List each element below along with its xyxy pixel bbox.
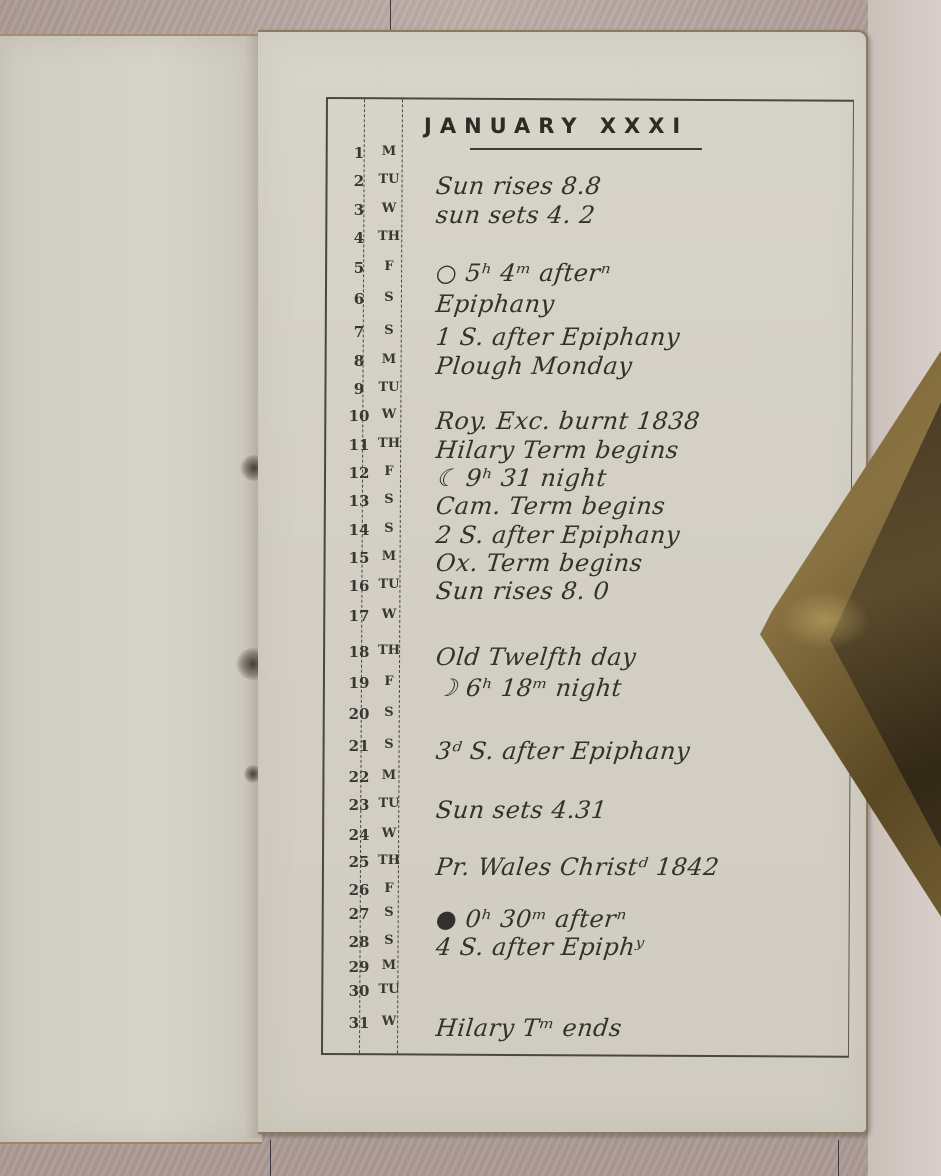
day-number: 19 — [346, 674, 372, 692]
day-number: 14 — [346, 521, 372, 539]
day-number: 29 — [346, 958, 372, 976]
calendar-day-row: 22M — [330, 768, 800, 796]
weekday-abbr: M — [374, 958, 404, 973]
day-note: Sun rises 8.8 — [435, 172, 603, 200]
calendar-day-row: 2TUSun rises 8.8 — [330, 172, 800, 200]
calendar-day-row: 31WHilary Tᵐ ends — [330, 1014, 800, 1042]
calendar-day-row: 11THHilary Term begins — [330, 436, 800, 464]
calendar-day-row: 19F☽ 6ʰ 18ᵐ night — [330, 674, 800, 702]
day-number: 28 — [346, 933, 372, 951]
day-note: Plough Monday — [435, 352, 634, 380]
calendar-day-row: 6SEpiphany — [330, 290, 800, 318]
day-number: 26 — [346, 881, 372, 899]
weekday-abbr: W — [374, 201, 404, 216]
weekday-abbr: S — [374, 705, 404, 720]
day-note: ☽ 6ʰ 18ᵐ night — [435, 674, 624, 702]
day-number: 16 — [346, 577, 372, 595]
day-number: 11 — [346, 436, 372, 454]
weekday-abbr: S — [374, 905, 404, 920]
weekday-abbr: TH — [374, 853, 404, 868]
calendar-day-row: 24W — [330, 826, 800, 854]
day-note: Cam. Term begins — [435, 492, 667, 520]
weekday-abbr: M — [374, 768, 404, 783]
day-note: Old Twelfth day — [435, 643, 638, 671]
day-number: 1 — [346, 144, 372, 162]
day-number: 30 — [346, 982, 372, 1000]
calendar-day-row: 9TU — [330, 380, 800, 408]
calendar-day-row: 5F○ 5ʰ 4ᵐ afterⁿ — [330, 259, 800, 287]
day-number: 22 — [346, 768, 372, 786]
day-number: 27 — [346, 905, 372, 923]
calendar-day-row: 1M — [330, 144, 800, 172]
day-note: Sun sets 4.31 — [435, 796, 609, 824]
weekday-abbr: M — [374, 549, 404, 564]
weekday-abbr: TH — [374, 436, 404, 451]
day-note: 2 S. after Epiphany — [435, 521, 682, 549]
day-number: 24 — [346, 826, 372, 844]
backdrop-crack — [390, 0, 391, 30]
calendar-day-row: 3Wsun sets 4. 2 — [330, 201, 800, 229]
calendar-day-row: 25THPr. Wales Christᵈ 1842 — [330, 853, 800, 881]
calendar-day-row: 23TUSun sets 4.31 — [330, 796, 800, 824]
day-note: Pr. Wales Christᵈ 1842 — [435, 853, 721, 881]
calendar-day-row: 16TUSun rises 8. 0 — [330, 577, 800, 605]
day-note: 1 S. after Epiphany — [435, 323, 682, 351]
day-note: Ox. Term begins — [435, 549, 645, 577]
calendar-day-row: 12F☾ 9ʰ 31 night — [330, 464, 800, 492]
calendar-day-row: 10WRoy. Exc. burnt 1838 — [330, 407, 800, 435]
calendar-day-row: 4TH — [330, 229, 800, 257]
calendar-day-row: 17W — [330, 607, 800, 635]
day-note: Roy. Exc. burnt 1838 — [435, 407, 702, 435]
weekday-abbr: TU — [374, 577, 404, 592]
weekday-abbr: W — [374, 826, 404, 841]
weekday-abbr: M — [374, 352, 404, 367]
weekday-abbr: F — [374, 464, 404, 479]
backdrop-crack — [270, 1140, 271, 1176]
day-note: 3ᵈ S. after Epiphany — [435, 737, 692, 765]
calendar-day-row: 30TU — [330, 982, 800, 1010]
weekday-abbr: TH — [374, 229, 404, 244]
day-number: 2 — [346, 172, 372, 190]
day-number: 15 — [346, 549, 372, 567]
calendar-day-row: 21S3ᵈ S. after Epiphany — [330, 737, 800, 765]
backdrop-crack — [838, 1140, 839, 1176]
calendar-day-row: 8MPlough Monday — [330, 352, 800, 380]
calendar-day-row: 18THOld Twelfth day — [330, 643, 800, 671]
day-number: 7 — [346, 323, 372, 341]
weekday-abbr: M — [374, 144, 404, 159]
weekday-abbr: S — [374, 323, 404, 338]
weekday-abbr: F — [374, 881, 404, 896]
day-number: 12 — [346, 464, 372, 482]
calendar-day-row: 27S● 0ʰ 30ᵐ afterⁿ — [330, 905, 800, 933]
weekday-abbr: S — [374, 737, 404, 752]
weekday-abbr: F — [374, 674, 404, 689]
day-number: 20 — [346, 705, 372, 723]
day-note: 4 S. after Epiphʸ — [435, 933, 646, 961]
day-number: 21 — [346, 737, 372, 755]
calendar-day-row: 15MOx. Term begins — [330, 549, 800, 577]
day-number: 18 — [346, 643, 372, 661]
weekday-abbr: TU — [374, 172, 404, 187]
weekday-abbr: TU — [374, 982, 404, 997]
day-note: sun sets 4. 2 — [435, 201, 597, 229]
day-number: 23 — [346, 796, 372, 814]
day-number: 5 — [346, 259, 372, 277]
weekday-abbr: S — [374, 521, 404, 536]
weekday-abbr: W — [374, 607, 404, 622]
day-note: ☾ 9ʰ 31 night — [435, 464, 609, 492]
weekday-abbr: TH — [374, 643, 404, 658]
calendar-day-row: 28S4 S. after Epiphʸ — [330, 933, 800, 961]
day-number: 8 — [346, 352, 372, 370]
weekday-abbr: F — [374, 259, 404, 274]
weekday-abbr: W — [374, 1014, 404, 1029]
weekday-abbr: S — [374, 290, 404, 305]
day-number: 31 — [346, 1014, 372, 1032]
day-number: 6 — [346, 290, 372, 308]
left-page-blank — [0, 34, 262, 1144]
day-number: 3 — [346, 201, 372, 219]
day-number: 9 — [346, 380, 372, 398]
calendar-day-row: 20S — [330, 705, 800, 733]
day-note: Sun rises 8. 0 — [435, 577, 611, 605]
month-title: JANUARY XXXI — [424, 114, 764, 138]
weekday-abbr: W — [374, 407, 404, 422]
calendar-day-row: 14S2 S. after Epiphany — [330, 521, 800, 549]
weekday-abbr: S — [374, 492, 404, 507]
day-note: Epiphany — [435, 290, 557, 318]
day-number: 4 — [346, 229, 372, 247]
day-note: Hilary Tᵐ ends — [435, 1014, 624, 1042]
weekday-abbr: TU — [374, 380, 404, 395]
calendar-day-row: 13SCam. Term begins — [330, 492, 800, 520]
day-number: 10 — [346, 407, 372, 425]
weekday-abbr: S — [374, 933, 404, 948]
calendar-day-row: 7S1 S. after Epiphany — [330, 323, 800, 351]
weekday-abbr: TU — [374, 796, 404, 811]
day-note: ○ 5ʰ 4ᵐ afterⁿ — [435, 259, 613, 287]
day-number: 25 — [346, 853, 372, 871]
day-number: 13 — [346, 492, 372, 510]
day-note: Hilary Term begins — [435, 436, 681, 464]
day-note: ● 0ʰ 30ᵐ afterⁿ — [435, 905, 628, 933]
day-number: 17 — [346, 607, 372, 625]
brass-highlight — [780, 590, 870, 650]
